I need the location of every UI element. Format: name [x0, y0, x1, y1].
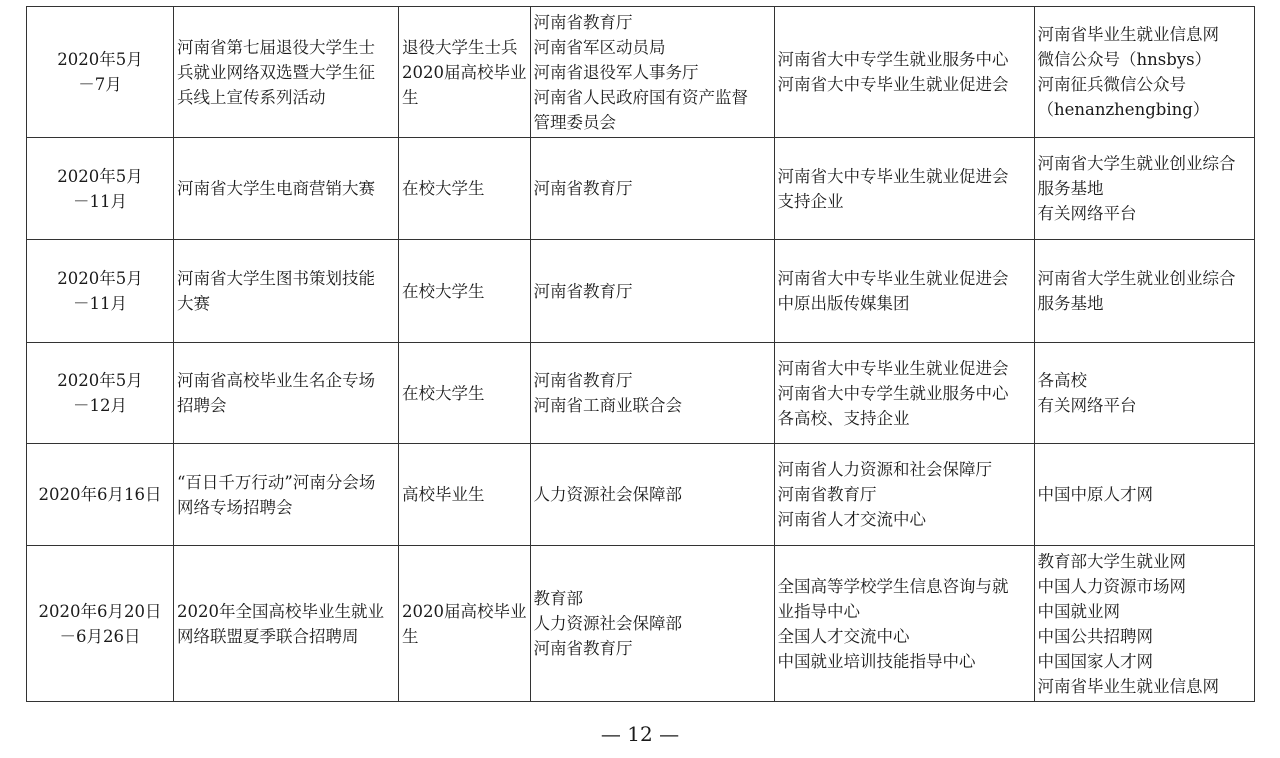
cell-line: 中国公共招聘网 [1038, 624, 1251, 649]
table-row: 2020年5月－11月河南省大学生电商营销大赛在校大学生河南省教育厅河南省大中专… [27, 138, 1255, 240]
cell-line: 河南省毕业生就业信息网 [1038, 674, 1251, 699]
cell-line: 服务基地 [1038, 176, 1251, 201]
organizer-cell: 河南省教育厅 [530, 138, 774, 240]
table-row: 2020年5月－12月河南省高校毕业生名企专场招聘会在校大学生河南省教育厅河南省… [27, 343, 1255, 444]
cell-line: 在校大学生 [402, 176, 527, 201]
cell-line: 河南省大学生图书策划技能 [177, 266, 395, 291]
cell-line: 中原出版传媒集团 [778, 291, 1031, 316]
cell-line: 河南省大中专毕业生就业促进会 [778, 72, 1031, 97]
cell-line: 兵线上宣传系列活动 [177, 85, 395, 110]
date-cell: 2020年6月20日－6月26日 [27, 546, 174, 702]
cell-line: 河南省大学生电商营销大赛 [177, 176, 395, 201]
cell-line: “百日千万行动”河南分会场 [177, 470, 395, 495]
activity-name-cell: 河南省第七届退役大学生士兵就业网络双选暨大学生征兵线上宣传系列活动 [174, 7, 399, 138]
cell-line: 河南省教育厅 [534, 279, 771, 304]
cell-line: 河南征兵微信公众号 [1038, 72, 1251, 97]
cell-line: 中国中原人才网 [1038, 482, 1251, 507]
organizer-cell: 河南省教育厅河南省工商业联合会 [530, 343, 774, 444]
cell-line: 2020届高校毕业 [402, 60, 527, 85]
organizer-cell: 河南省教育厅河南省军区动员局河南省退役军人事务厅河南省人民政府国有资产监督管理委… [530, 7, 774, 138]
target-audience-cell: 在校大学生 [399, 240, 531, 343]
cell-line: 全国高等学校学生信息咨询与就 [778, 574, 1031, 599]
cell-line: 河南省人民政府国有资产监督 [534, 85, 771, 110]
table-row: 2020年5月－7月河南省第七届退役大学生士兵就业网络双选暨大学生征兵线上宣传系… [27, 7, 1255, 138]
cell-line: 河南省退役军人事务厅 [534, 60, 771, 85]
activity-name-cell: 河南省大学生电商营销大赛 [174, 138, 399, 240]
cell-line: 教育部大学生就业网 [1038, 549, 1251, 574]
activity-name-cell: “百日千万行动”河南分会场网络专场招聘会 [174, 444, 399, 546]
cell-line: 有关网络平台 [1038, 393, 1251, 418]
date-cell: 2020年5月－11月 [27, 138, 174, 240]
undertaker-cell: 河南省人力资源和社会保障厅河南省教育厅河南省人才交流中心 [774, 444, 1034, 546]
cell-line: 有关网络平台 [1038, 201, 1251, 226]
cell-line: 中国人力资源市场网 [1038, 574, 1251, 599]
cell-line: 河南省高校毕业生名企专场 [177, 368, 395, 393]
cell-line: 教育部 [534, 586, 771, 611]
cell-line: 河南省教育厅 [534, 368, 771, 393]
cell-line: 河南省军区动员局 [534, 35, 771, 60]
cell-line: 网络专场招聘会 [177, 495, 395, 520]
platform-cell: 中国中原人才网 [1034, 444, 1254, 546]
date-cell: 2020年5月－11月 [27, 240, 174, 343]
platform-cell: 河南省毕业生就业信息网微信公众号（hnsbys）河南征兵微信公众号（henanz… [1034, 7, 1254, 138]
cell-line: 河南省大中专毕业生就业促进会 [778, 266, 1031, 291]
cell-line: －7月 [30, 72, 170, 97]
cell-line: 河南省工商业联合会 [534, 393, 771, 418]
table-row: 2020年5月－11月河南省大学生图书策划技能大赛在校大学生河南省教育厅河南省大… [27, 240, 1255, 343]
platform-cell: 教育部大学生就业网中国人力资源市场网中国就业网中国公共招聘网中国国家人才网河南省… [1034, 546, 1254, 702]
target-audience-cell: 在校大学生 [399, 138, 531, 240]
cell-line: 河南省第七届退役大学生士 [177, 35, 395, 60]
cell-line: （henanzhengbing） [1038, 97, 1251, 122]
cell-line: 2020年6月20日 [30, 599, 170, 624]
cell-line: 全国人才交流中心 [778, 624, 1031, 649]
cell-line: －11月 [30, 189, 170, 214]
undertaker-cell: 全国高等学校学生信息咨询与就业指导中心全国人才交流中心中国就业培训技能指导中心 [774, 546, 1034, 702]
platform-cell: 各高校有关网络平台 [1034, 343, 1254, 444]
cell-line: 中国国家人才网 [1038, 649, 1251, 674]
organizer-cell: 河南省教育厅 [530, 240, 774, 343]
cell-line: －12月 [30, 393, 170, 418]
cell-line: 支持企业 [778, 189, 1031, 214]
cell-line: 河南省大学生就业创业综合 [1038, 151, 1251, 176]
date-cell: 2020年5月－12月 [27, 343, 174, 444]
platform-cell: 河南省大学生就业创业综合服务基地 [1034, 240, 1254, 343]
cell-line: 管理委员会 [534, 110, 771, 135]
undertaker-cell: 河南省大中专毕业生就业促进会中原出版传媒集团 [774, 240, 1034, 343]
cell-line: －6月26日 [30, 624, 170, 649]
cell-line: 生 [402, 85, 527, 110]
activity-name-cell: 2020年全国高校毕业生就业网络联盟夏季联合招聘周 [174, 546, 399, 702]
date-cell: 2020年6月16日 [27, 444, 174, 546]
platform-cell: 河南省大学生就业创业综合服务基地有关网络平台 [1034, 138, 1254, 240]
table-row: 2020年6月16日“百日千万行动”河南分会场网络专场招聘会高校毕业生人力资源社… [27, 444, 1255, 546]
cell-line: 生 [402, 624, 527, 649]
table-row: 2020年6月20日－6月26日2020年全国高校毕业生就业网络联盟夏季联合招聘… [27, 546, 1255, 702]
cell-line: 大赛 [177, 291, 395, 316]
date-cell: 2020年5月－7月 [27, 7, 174, 138]
cell-line: 河南省教育厅 [534, 636, 771, 661]
cell-line: 2020年5月 [30, 266, 170, 291]
cell-line: 在校大学生 [402, 381, 527, 406]
cell-line: 服务基地 [1038, 291, 1251, 316]
undertaker-cell: 河南省大中专毕业生就业促进会河南省大中专学生就业服务中心各高校、支持企业 [774, 343, 1034, 444]
cell-line: 2020年6月16日 [30, 482, 170, 507]
target-audience-cell: 退役大学生士兵2020届高校毕业生 [399, 7, 531, 138]
cell-line: 河南省教育厅 [534, 176, 771, 201]
cell-line: 微信公众号（hnsbys） [1038, 47, 1251, 72]
cell-line: 兵就业网络双选暨大学生征 [177, 60, 395, 85]
cell-line: 河南省大中专毕业生就业促进会 [778, 164, 1031, 189]
cell-line: 在校大学生 [402, 279, 527, 304]
target-audience-cell: 2020届高校毕业生 [399, 546, 531, 702]
cell-line: 招聘会 [177, 393, 395, 418]
cell-line: 河南省教育厅 [778, 482, 1031, 507]
activity-name-cell: 河南省大学生图书策划技能大赛 [174, 240, 399, 343]
cell-line: 2020年全国高校毕业生就业 [177, 599, 395, 624]
cell-line: 河南省毕业生就业信息网 [1038, 22, 1251, 47]
cell-line: 河南省人才交流中心 [778, 507, 1031, 532]
cell-line: 各高校 [1038, 368, 1251, 393]
activity-schedule-table: 2020年5月－7月河南省第七届退役大学生士兵就业网络双选暨大学生征兵线上宣传系… [26, 6, 1255, 702]
cell-line: 退役大学生士兵 [402, 35, 527, 60]
page-number: — 12 — [0, 722, 1280, 746]
organizer-cell: 教育部人力资源社会保障部河南省教育厅 [530, 546, 774, 702]
cell-line: 中国就业网 [1038, 599, 1251, 624]
activity-name-cell: 河南省高校毕业生名企专场招聘会 [174, 343, 399, 444]
cell-line: 2020年5月 [30, 47, 170, 72]
cell-line: 河南省大中专毕业生就业促进会 [778, 356, 1031, 381]
cell-line: 河南省大学生就业创业综合 [1038, 266, 1251, 291]
cell-line: 人力资源社会保障部 [534, 611, 771, 636]
target-audience-cell: 在校大学生 [399, 343, 531, 444]
cell-line: 河南省大中专学生就业服务中心 [778, 47, 1031, 72]
cell-line: 网络联盟夏季联合招聘周 [177, 624, 395, 649]
target-audience-cell: 高校毕业生 [399, 444, 531, 546]
cell-line: 河南省大中专学生就业服务中心 [778, 381, 1031, 406]
cell-line: －11月 [30, 291, 170, 316]
cell-line: 中国就业培训技能指导中心 [778, 649, 1031, 674]
cell-line: 2020届高校毕业 [402, 599, 527, 624]
cell-line: 各高校、支持企业 [778, 406, 1031, 431]
undertaker-cell: 河南省大中专毕业生就业促进会支持企业 [774, 138, 1034, 240]
undertaker-cell: 河南省大中专学生就业服务中心河南省大中专毕业生就业促进会 [774, 7, 1034, 138]
cell-line: 业指导中心 [778, 599, 1031, 624]
cell-line: 2020年5月 [30, 368, 170, 393]
cell-line: 2020年5月 [30, 164, 170, 189]
cell-line: 河南省人力资源和社会保障厅 [778, 457, 1031, 482]
organizer-cell: 人力资源社会保障部 [530, 444, 774, 546]
cell-line: 高校毕业生 [402, 482, 527, 507]
cell-line: 人力资源社会保障部 [534, 482, 771, 507]
cell-line: 河南省教育厅 [534, 10, 771, 35]
